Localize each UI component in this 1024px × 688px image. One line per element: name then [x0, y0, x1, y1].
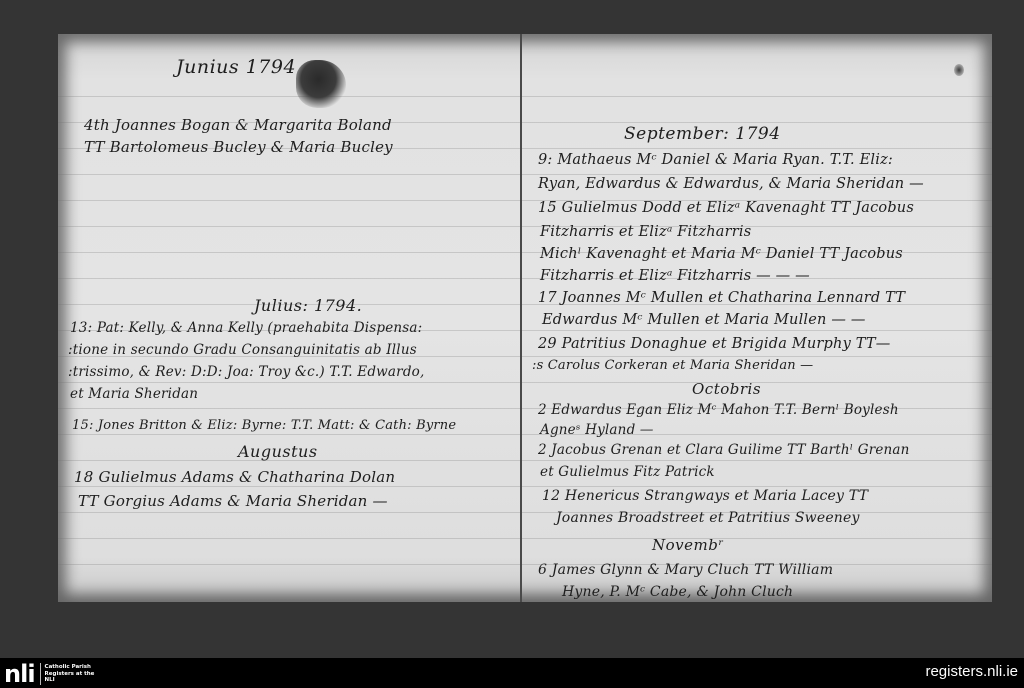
- entry-sep-15a: 15 Gulielmus Dodd et Elizᵃ Kavenaght TT …: [538, 200, 914, 216]
- entry-oct-2d: et Gulielmus Fitz Patrick: [540, 464, 715, 480]
- heading-november: Novembʳ: [652, 536, 724, 554]
- image-viewer[interactable]: Junius 1794 4th Joannes Bogan & Margarit…: [0, 0, 1024, 658]
- entry-sep-9b: Ryan, Edwardus & Edwardus, & Maria Sheri…: [538, 176, 924, 192]
- heading-june: Junius 1794: [176, 56, 296, 78]
- entry-oct-12a: 12 Henericus Strangways et Maria Lacey T…: [542, 488, 868, 504]
- ink-smudge: [296, 60, 346, 108]
- heading-august: Augustus: [238, 442, 318, 461]
- entry-sep-17a: 17 Joannes Mᶜ Mullen et Chatharina Lenna…: [538, 290, 905, 306]
- entry-july-15: 15: Jones Britton & Eliz: Byrne: T.T. Ma…: [72, 418, 456, 433]
- entry-oct-12b: Joannes Broadstreet et Patritius Sweeney: [556, 510, 860, 526]
- entry-nov-6b: Hyne, P. Mᶜ Cabe, & John Cluch: [562, 584, 793, 600]
- page-gutter: [520, 34, 522, 602]
- entry-july-13b: :tione in secundo Gradu Consanguinitatis…: [68, 342, 417, 358]
- entry-oct-2b: Agneˢ Hyland —: [540, 422, 654, 438]
- entry-oct-2c: 2 Jacobus Grenan et Clara Guilime TT Bar…: [538, 442, 910, 458]
- left-page: Junius 1794 4th Joannes Bogan & Margarit…: [58, 34, 518, 602]
- right-page: September: 1794 9: Mathaeus Mᶜ Daniel & …: [524, 34, 992, 602]
- entry-oct-2a: 2 Edwardus Egan Eliz Mᶜ Mahon T.T. Bernˡ…: [538, 402, 899, 418]
- entry-june-1b: TT Bartolomeus Bucley & Maria Bucley: [84, 138, 393, 156]
- ink-stain: [954, 64, 964, 76]
- entry-aug-18a: 18 Gulielmus Adams & Chatharina Dolan: [74, 468, 395, 486]
- entry-july-13a: 13: Pat: Kelly, & Anna Kelly (praehabita…: [70, 320, 422, 336]
- heading-july: Julius: 1794.: [254, 296, 362, 315]
- nli-logo[interactable]: nli Catholic Parish Registers at the NLI: [4, 662, 95, 686]
- entry-sep-9a: 9: Mathaeus Mᶜ Daniel & Maria Ryan. T.T.…: [538, 152, 893, 168]
- entry-sep-17b: Edwardus Mᶜ Mullen et Maria Mullen — —: [542, 312, 866, 328]
- logo-caption: Catholic Parish Registers at the NLI: [45, 664, 95, 684]
- entry-nov-6a: 6 James Glynn & Mary Cluch TT William: [538, 562, 833, 578]
- entry-sep-29a: 29 Patritius Donaghue et Brigida Murphy …: [538, 336, 891, 352]
- entry-sep-15c: Michˡ Kavenaght et Maria Mᶜ Daniel TT Ja…: [540, 246, 903, 262]
- entry-june-1a: 4th Joannes Bogan & Margarita Boland: [84, 116, 392, 134]
- footer-bar: nli Catholic Parish Registers at the NLI…: [0, 658, 1024, 688]
- nli-logo-mark: nli: [4, 662, 35, 686]
- site-url-link[interactable]: registers.nli.ie: [925, 663, 1018, 680]
- entry-july-13d: et Maria Sheridan: [70, 386, 198, 402]
- entry-sep-15b: Fitzharris et Elizᵃ Fitzharris: [540, 224, 751, 240]
- heading-september: September: 1794: [624, 124, 781, 144]
- entry-july-13c: :trissimo, & Rev: D:D: Joa: Troy &c.) T.…: [68, 364, 424, 380]
- heading-october: Octobris: [692, 380, 761, 398]
- entry-sep-29b: :s Carolus Corkeran et Maria Sheridan —: [532, 358, 813, 373]
- entry-sep-15d: Fitzharris et Elizᵃ Fitzharris — — —: [540, 268, 810, 284]
- register-scan[interactable]: Junius 1794 4th Joannes Bogan & Margarit…: [58, 34, 992, 602]
- entry-aug-18b: TT Gorgius Adams & Maria Sheridan —: [78, 492, 388, 510]
- logo-divider: [40, 663, 41, 685]
